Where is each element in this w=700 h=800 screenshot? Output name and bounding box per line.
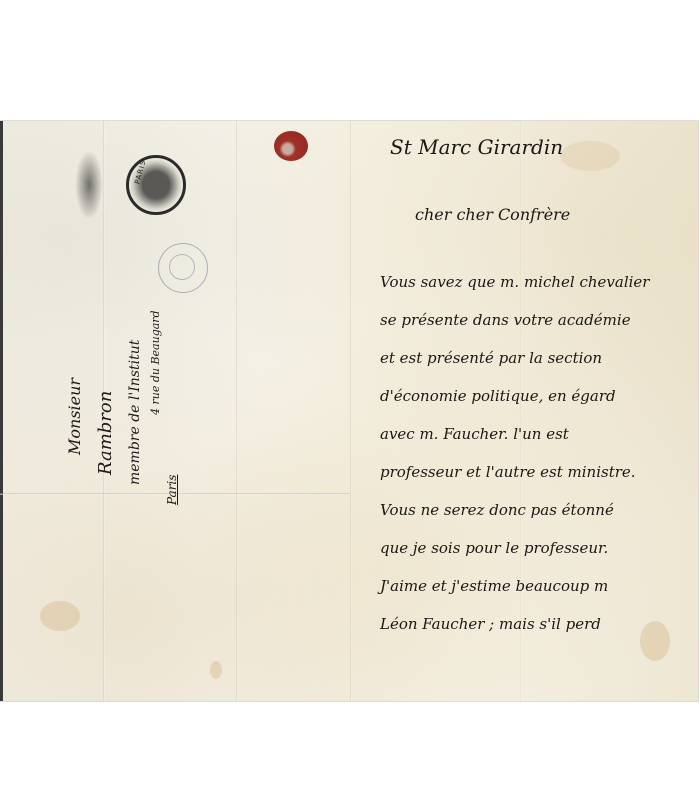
ink-smudge — [75, 150, 103, 220]
address-line: 4 rue du Beaugard — [149, 310, 162, 415]
letter-line: J'aime et j'estime beaucoup m — [380, 577, 608, 595]
letter-line: d'économie politique, en égard — [380, 387, 616, 405]
letter-dateline: St Marc Girardin — [390, 135, 563, 159]
stain — [40, 601, 80, 631]
letter-line: professeur et l'autre est ministre. — [380, 463, 636, 481]
letter-line: avec m. Faucher. l'un est — [380, 425, 569, 443]
stain — [560, 141, 620, 171]
letter-line: Léon Faucher ; mais s'il perd — [380, 615, 601, 633]
address-line: Monsieur — [65, 378, 84, 455]
address-block: Monsieur Rambron membre de l'Institut 4 … — [65, 255, 215, 495]
postmark-stamp — [126, 155, 186, 215]
fold-line — [236, 121, 238, 701]
letter-line: Vous ne serez donc pas étonné — [380, 501, 614, 519]
letter-line: se présente dans votre académie — [380, 311, 631, 329]
letter-line: que je sois pour le professeur. — [380, 539, 608, 557]
letter-line: Vous savez que m. michel chevalier — [380, 273, 649, 291]
letter-line: et est présenté par la section — [380, 349, 602, 367]
wax-seal — [274, 131, 308, 161]
fold-line — [350, 121, 352, 701]
stain — [640, 621, 670, 661]
address-line: Paris — [165, 475, 179, 505]
address-line: membre de l'Institut — [127, 340, 143, 485]
address-line: Rambron — [95, 391, 116, 475]
stain — [210, 661, 222, 679]
letter-salutation: cher cher Confrère — [415, 205, 570, 224]
